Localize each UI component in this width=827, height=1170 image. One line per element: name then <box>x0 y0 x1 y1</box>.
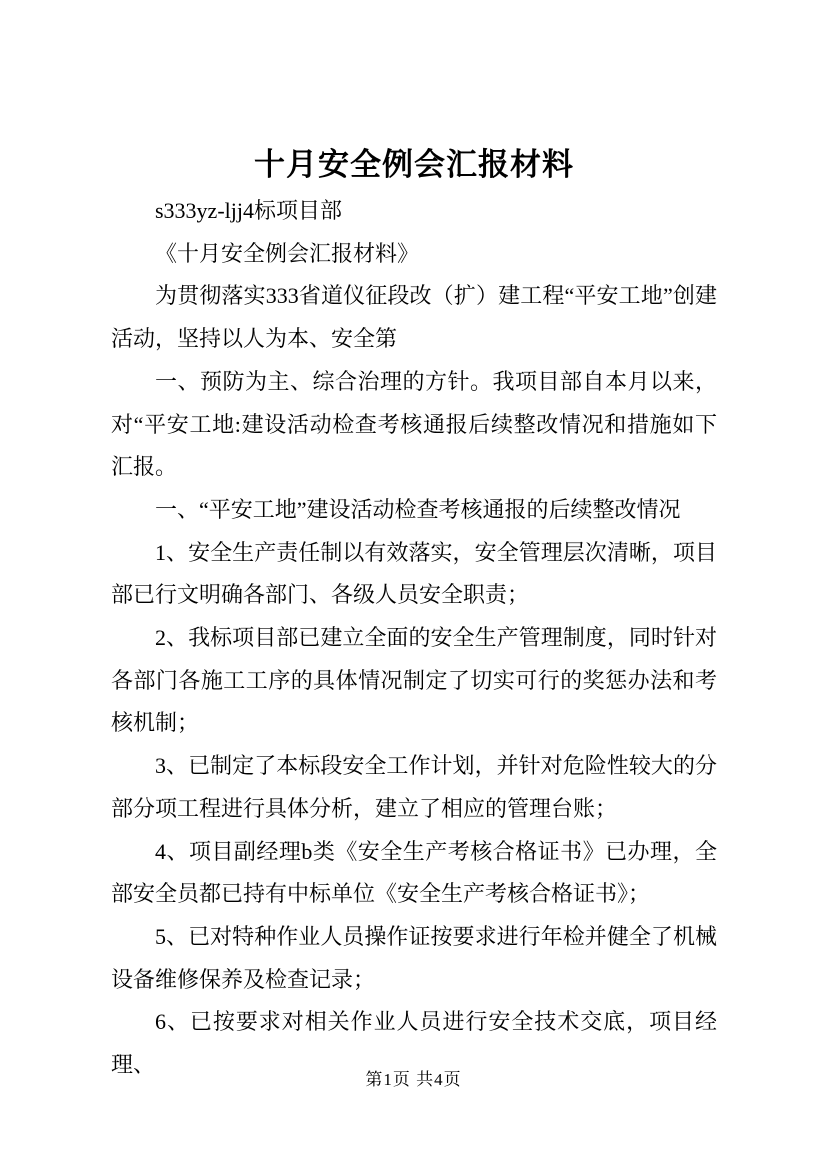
paragraph-item-5: 5、已对特种作业人员操作证按要求进行年检并健全了机械设备维修保养及检查记录； <box>111 916 717 1001</box>
paragraph-section-heading-1: 一、“平安工地”建设活动检查考核通报的后续整改情况 <box>111 489 717 532</box>
page-footer: 第1页 共4页 <box>0 1068 827 1092</box>
document-title: 十月安全例会汇报材料 <box>111 141 717 188</box>
paragraph-report-title-ref: 《十月安全例会汇报材料》 <box>111 233 717 276</box>
paragraph-intro-2: 一、预防为主、综合治理的方针。我项目部自本月以来，对“平安工地:建设活动检查考核… <box>111 361 717 489</box>
paragraph-item-4: 4、项目副经理b类《安全生产考核合格证书》已办理，全部安全员都已持有中标单位《安… <box>111 831 717 916</box>
paragraph-project-code: s333yz-ljj4标项目部 <box>111 190 717 233</box>
document-content: 十月安全例会汇报材料 s333yz-ljj4标项目部 《十月安全例会汇报材料》 … <box>111 141 717 1087</box>
paragraph-intro-1: 为贯彻落实333省道仪征段改（扩）建工程“平安工地”创建活动，坚持以人为本、安全… <box>111 275 717 360</box>
paragraph-item-2: 2、我标项目部已建立全面的安全生产管理制度，同时针对各部门各施工工序的具体情况制… <box>111 617 717 745</box>
document-page: 十月安全例会汇报材料 s333yz-ljj4标项目部 《十月安全例会汇报材料》 … <box>0 0 827 1170</box>
paragraph-item-3: 3、已制定了本标段安全工作计划，并针对危险性较大的分部分项工程进行具体分析，建立… <box>111 745 717 830</box>
paragraph-item-1: 1、安全生产责任制以有效落实，安全管理层次清晰，项目部已行文明确各部门、各级人员… <box>111 532 717 617</box>
